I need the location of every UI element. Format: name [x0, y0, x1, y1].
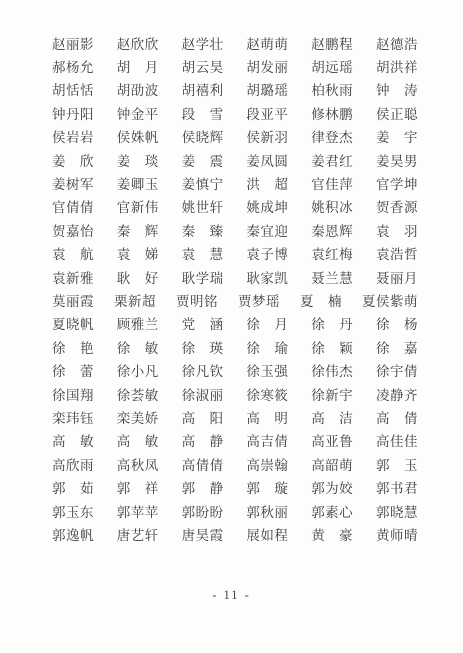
- name-row: 高欣雨高秋凤高倩倩高崇翰高韶萌郭 玉: [52, 452, 418, 475]
- person-name: 贺香源: [376, 196, 418, 216]
- name-row: 胡恬恬胡劭波胡禧利胡璐瑶柏秋雨钟 涛: [52, 78, 418, 101]
- person-name: 莫丽霞: [52, 290, 94, 310]
- person-name: 郭 茹: [52, 477, 94, 497]
- person-name: 徐荟敏: [117, 384, 159, 404]
- person-name: 赵德浩: [376, 33, 418, 53]
- person-name: 侯姝帆: [117, 126, 159, 146]
- person-name: 徐伟杰: [311, 360, 353, 380]
- person-name: 侯晓辉: [182, 126, 224, 146]
- page-number: - 11 -: [0, 588, 463, 603]
- person-name: 徐寒筱: [246, 384, 288, 404]
- person-name: 郭晓慧: [376, 501, 418, 521]
- person-name: 党 涵: [182, 313, 224, 333]
- person-name: 徐国翔: [52, 384, 94, 404]
- person-name: 徐玉强: [246, 360, 288, 380]
- person-name: 凌静齐: [376, 384, 418, 404]
- name-row: 高 敏高 敏高 静高吉倩高亚鲁高佳佳: [52, 429, 418, 452]
- person-name: 钟丹阳: [52, 103, 94, 123]
- person-name: 姜凤圆: [246, 150, 288, 170]
- person-name: 郭苹苹: [117, 501, 159, 521]
- person-name: 胡 月: [117, 56, 159, 76]
- person-name: 唐艺轩: [117, 524, 159, 544]
- person-name: 徐淑丽: [182, 384, 224, 404]
- person-name: 姜卿玉: [117, 173, 159, 193]
- person-name: 栾玮钰: [52, 407, 94, 427]
- person-name: 高 静: [182, 430, 224, 450]
- person-name: 侯新羽: [246, 126, 288, 146]
- name-row: 姜 欣姜 琰姜 震姜凤圆姜君红姜昊男: [52, 148, 418, 171]
- person-name: 郭秋丽: [246, 501, 288, 521]
- person-name: 姜君红: [311, 150, 353, 170]
- person-name: 姜 欣: [52, 150, 94, 170]
- person-name: 高 洁: [311, 407, 353, 427]
- person-name: 秦宜迎: [246, 220, 288, 240]
- person-name: 胡劭波: [117, 79, 159, 99]
- person-name: 秦恩辉: [311, 220, 353, 240]
- person-name: 郭 静: [182, 477, 224, 497]
- person-name: 高崇翰: [246, 454, 288, 474]
- person-name: 郭书君: [376, 477, 418, 497]
- person-name: 高 敏: [117, 430, 159, 450]
- person-name: 姚积冰: [311, 196, 353, 216]
- person-name: 秦 臻: [182, 220, 224, 240]
- person-name: 顾雅兰: [117, 313, 159, 333]
- person-name: 徐 杨: [376, 313, 418, 333]
- person-name: 黄师晴: [376, 524, 418, 544]
- person-name: 高佳佳: [376, 430, 418, 450]
- name-row: 郭玉东郭苹苹郭盼盼郭秋丽郭素心郭晓慧: [52, 499, 418, 522]
- person-name: 官倩倩: [52, 196, 94, 216]
- name-row: 袁新雅耿 好耿学瑞耿家凯聂兰慧聂丽月: [52, 265, 418, 288]
- person-name: 姜树军: [52, 173, 94, 193]
- person-name: 姜慎宁: [182, 173, 224, 193]
- person-name: 袁红梅: [311, 243, 353, 263]
- person-name: 胡远瑶: [311, 56, 353, 76]
- person-name: 耿家凯: [246, 267, 288, 287]
- name-row: 袁 航袁 娣袁 慧袁子博袁红梅袁浩哲: [52, 242, 418, 265]
- person-name: 袁 羽: [376, 220, 418, 240]
- person-name: 贾梦瑶: [238, 290, 280, 310]
- person-name: 栾美娇: [117, 407, 159, 427]
- person-name: 高 敏: [52, 430, 94, 450]
- person-name: 胡云昊: [182, 56, 224, 76]
- person-name: 赵萌萌: [246, 33, 288, 53]
- person-name: 袁 慧: [182, 243, 224, 263]
- person-name: 官学坤: [376, 173, 418, 193]
- name-row: 徐 艳徐 敏徐 瑛徐 瑜徐 颖徐 嘉: [52, 335, 418, 358]
- person-name: 姜 宇: [376, 126, 418, 146]
- person-name: 姜昊男: [376, 150, 418, 170]
- person-name: 赵学壮: [182, 33, 224, 53]
- person-name: 夏晓帆: [52, 313, 94, 333]
- person-name: 段 雪: [182, 103, 224, 123]
- person-name: 徐 月: [246, 313, 288, 333]
- person-name: 徐 瑛: [182, 337, 224, 357]
- person-name: 徐 艳: [52, 337, 94, 357]
- person-name: 徐 颖: [311, 337, 353, 357]
- name-row: 郭逸帆唐艺轩唐昊霞展如程黄 豪黄师晴: [52, 522, 418, 545]
- person-name: 郭玉东: [52, 501, 94, 521]
- person-name: 段亚平: [246, 103, 288, 123]
- person-name: 袁浩哲: [376, 243, 418, 263]
- person-name: 高秋凤: [117, 454, 159, 474]
- person-name: 柏秋雨: [311, 79, 353, 99]
- person-name: 姜 琰: [117, 150, 159, 170]
- person-name: 赵欣欣: [117, 33, 159, 53]
- person-name: 夏 楠: [300, 290, 342, 310]
- name-row: 赵丽影赵欣欣赵学壮赵萌萌赵鹏程赵德浩: [52, 31, 418, 54]
- person-name: 袁子博: [246, 243, 288, 263]
- person-name: 唐昊霞: [182, 524, 224, 544]
- person-name: 律登杰: [311, 126, 353, 146]
- person-name: 胡发丽: [246, 56, 288, 76]
- name-row: 徐 蕾徐小凡徐凡钦徐玉强徐伟杰徐宇倩: [52, 358, 418, 381]
- person-name: 胡璐瑶: [246, 79, 288, 99]
- name-row: 贺嘉怡秦 辉秦 臻秦宜迎秦恩辉袁 羽: [52, 218, 418, 241]
- person-name: 高 明: [246, 407, 288, 427]
- name-row: 夏晓帆顾雅兰党 涵徐 月徐 丹徐 杨: [52, 312, 418, 335]
- person-name: 徐 瑜: [246, 337, 288, 357]
- person-name: 洪 超: [246, 173, 288, 193]
- name-list: 赵丽影赵欣欣赵学壮赵萌萌赵鹏程赵德浩郝杨允胡 月胡云昊胡发丽胡远瑶胡洪祥胡恬恬胡…: [52, 31, 418, 546]
- person-name: 钟金平: [117, 103, 159, 123]
- person-name: 聂兰慧: [311, 267, 353, 287]
- person-name: 贺嘉怡: [52, 220, 94, 240]
- person-name: 袁 航: [52, 243, 94, 263]
- person-name: 郝杨允: [52, 56, 94, 76]
- person-name: 钟 涛: [376, 79, 418, 99]
- name-row: 莫丽霞栗新超贾明铭贾梦瑶夏 楠夏侯紫萌: [52, 288, 418, 311]
- person-name: 袁 娣: [117, 243, 159, 263]
- name-row: 官倩倩官新伟姚世轩姚成坤姚积冰贺香源: [52, 195, 418, 218]
- person-name: 栗新超: [114, 290, 156, 310]
- person-name: 徐小凡: [117, 360, 159, 380]
- person-name: 徐凡钦: [182, 360, 224, 380]
- person-name: 胡恬恬: [52, 79, 94, 99]
- person-name: 姚世轩: [182, 196, 224, 216]
- person-name: 郭盼盼: [182, 501, 224, 521]
- person-name: 徐宇倩: [376, 360, 418, 380]
- person-name: 耿 好: [117, 267, 159, 287]
- person-name: 袁新雅: [52, 267, 94, 287]
- person-name: 赵鹏程: [311, 33, 353, 53]
- person-name: 徐 丹: [311, 313, 353, 333]
- person-name: 高欣雨: [52, 454, 94, 474]
- name-row: 姜树军姜卿玉姜慎宁洪 超官佳萍官学坤: [52, 171, 418, 194]
- person-name: 郭 璇: [246, 477, 288, 497]
- person-name: 秦 辉: [117, 220, 159, 240]
- name-row: 郝杨允胡 月胡云昊胡发丽胡远瑶胡洪祥: [52, 54, 418, 77]
- person-name: 高韶萌: [311, 454, 353, 474]
- person-name: 郭 玉: [376, 454, 418, 474]
- person-name: 耿学瑞: [182, 267, 224, 287]
- name-row: 钟丹阳钟金平段 雪段亚平修林鹏侯正聪: [52, 101, 418, 124]
- person-name: 贾明铭: [176, 290, 218, 310]
- person-name: 胡禧利: [182, 79, 224, 99]
- person-name: 高吉倩: [246, 430, 288, 450]
- person-name: 高 阳: [182, 407, 224, 427]
- person-name: 郭素心: [311, 501, 353, 521]
- name-row: 郭 茹郭 祥郭 静郭 璇郭为姣郭书君: [52, 475, 418, 498]
- person-name: 郭为姣: [311, 477, 353, 497]
- person-name: 赵丽影: [52, 33, 94, 53]
- person-name: 聂丽月: [376, 267, 418, 287]
- person-name: 郭 祥: [117, 477, 159, 497]
- name-row: 侯岩岩侯姝帆侯晓辉侯新羽律登杰姜 宇: [52, 125, 418, 148]
- person-name: 展如程: [246, 524, 288, 544]
- document-page: 赵丽影赵欣欣赵学壮赵萌萌赵鹏程赵德浩郝杨允胡 月胡云昊胡发丽胡远瑶胡洪祥胡恬恬胡…: [0, 0, 463, 653]
- person-name: 姜 震: [182, 150, 224, 170]
- person-name: 黄 豪: [311, 524, 353, 544]
- person-name: 高亚鲁: [311, 430, 353, 450]
- name-row: 栾玮钰栾美娇高 阳高 明高 洁高 倩: [52, 405, 418, 428]
- person-name: 修林鹏: [311, 103, 353, 123]
- person-name: 侯岩岩: [52, 126, 94, 146]
- person-name: 徐 嘉: [376, 337, 418, 357]
- person-name: 姚成坤: [246, 196, 288, 216]
- person-name: 郭逸帆: [52, 524, 94, 544]
- person-name: 官佳萍: [311, 173, 353, 193]
- person-name: 徐新宇: [311, 384, 353, 404]
- person-name: 高 倩: [376, 407, 418, 427]
- name-row: 徐国翔徐荟敏徐淑丽徐寒筱徐新宇凌静齐: [52, 382, 418, 405]
- person-name: 高倩倩: [182, 454, 224, 474]
- person-name: 夏侯紫萌: [362, 290, 418, 310]
- person-name: 胡洪祥: [376, 56, 418, 76]
- person-name: 官新伟: [117, 196, 159, 216]
- person-name: 侯正聪: [376, 103, 418, 123]
- person-name: 徐 蕾: [52, 360, 94, 380]
- person-name: 徐 敏: [117, 337, 159, 357]
